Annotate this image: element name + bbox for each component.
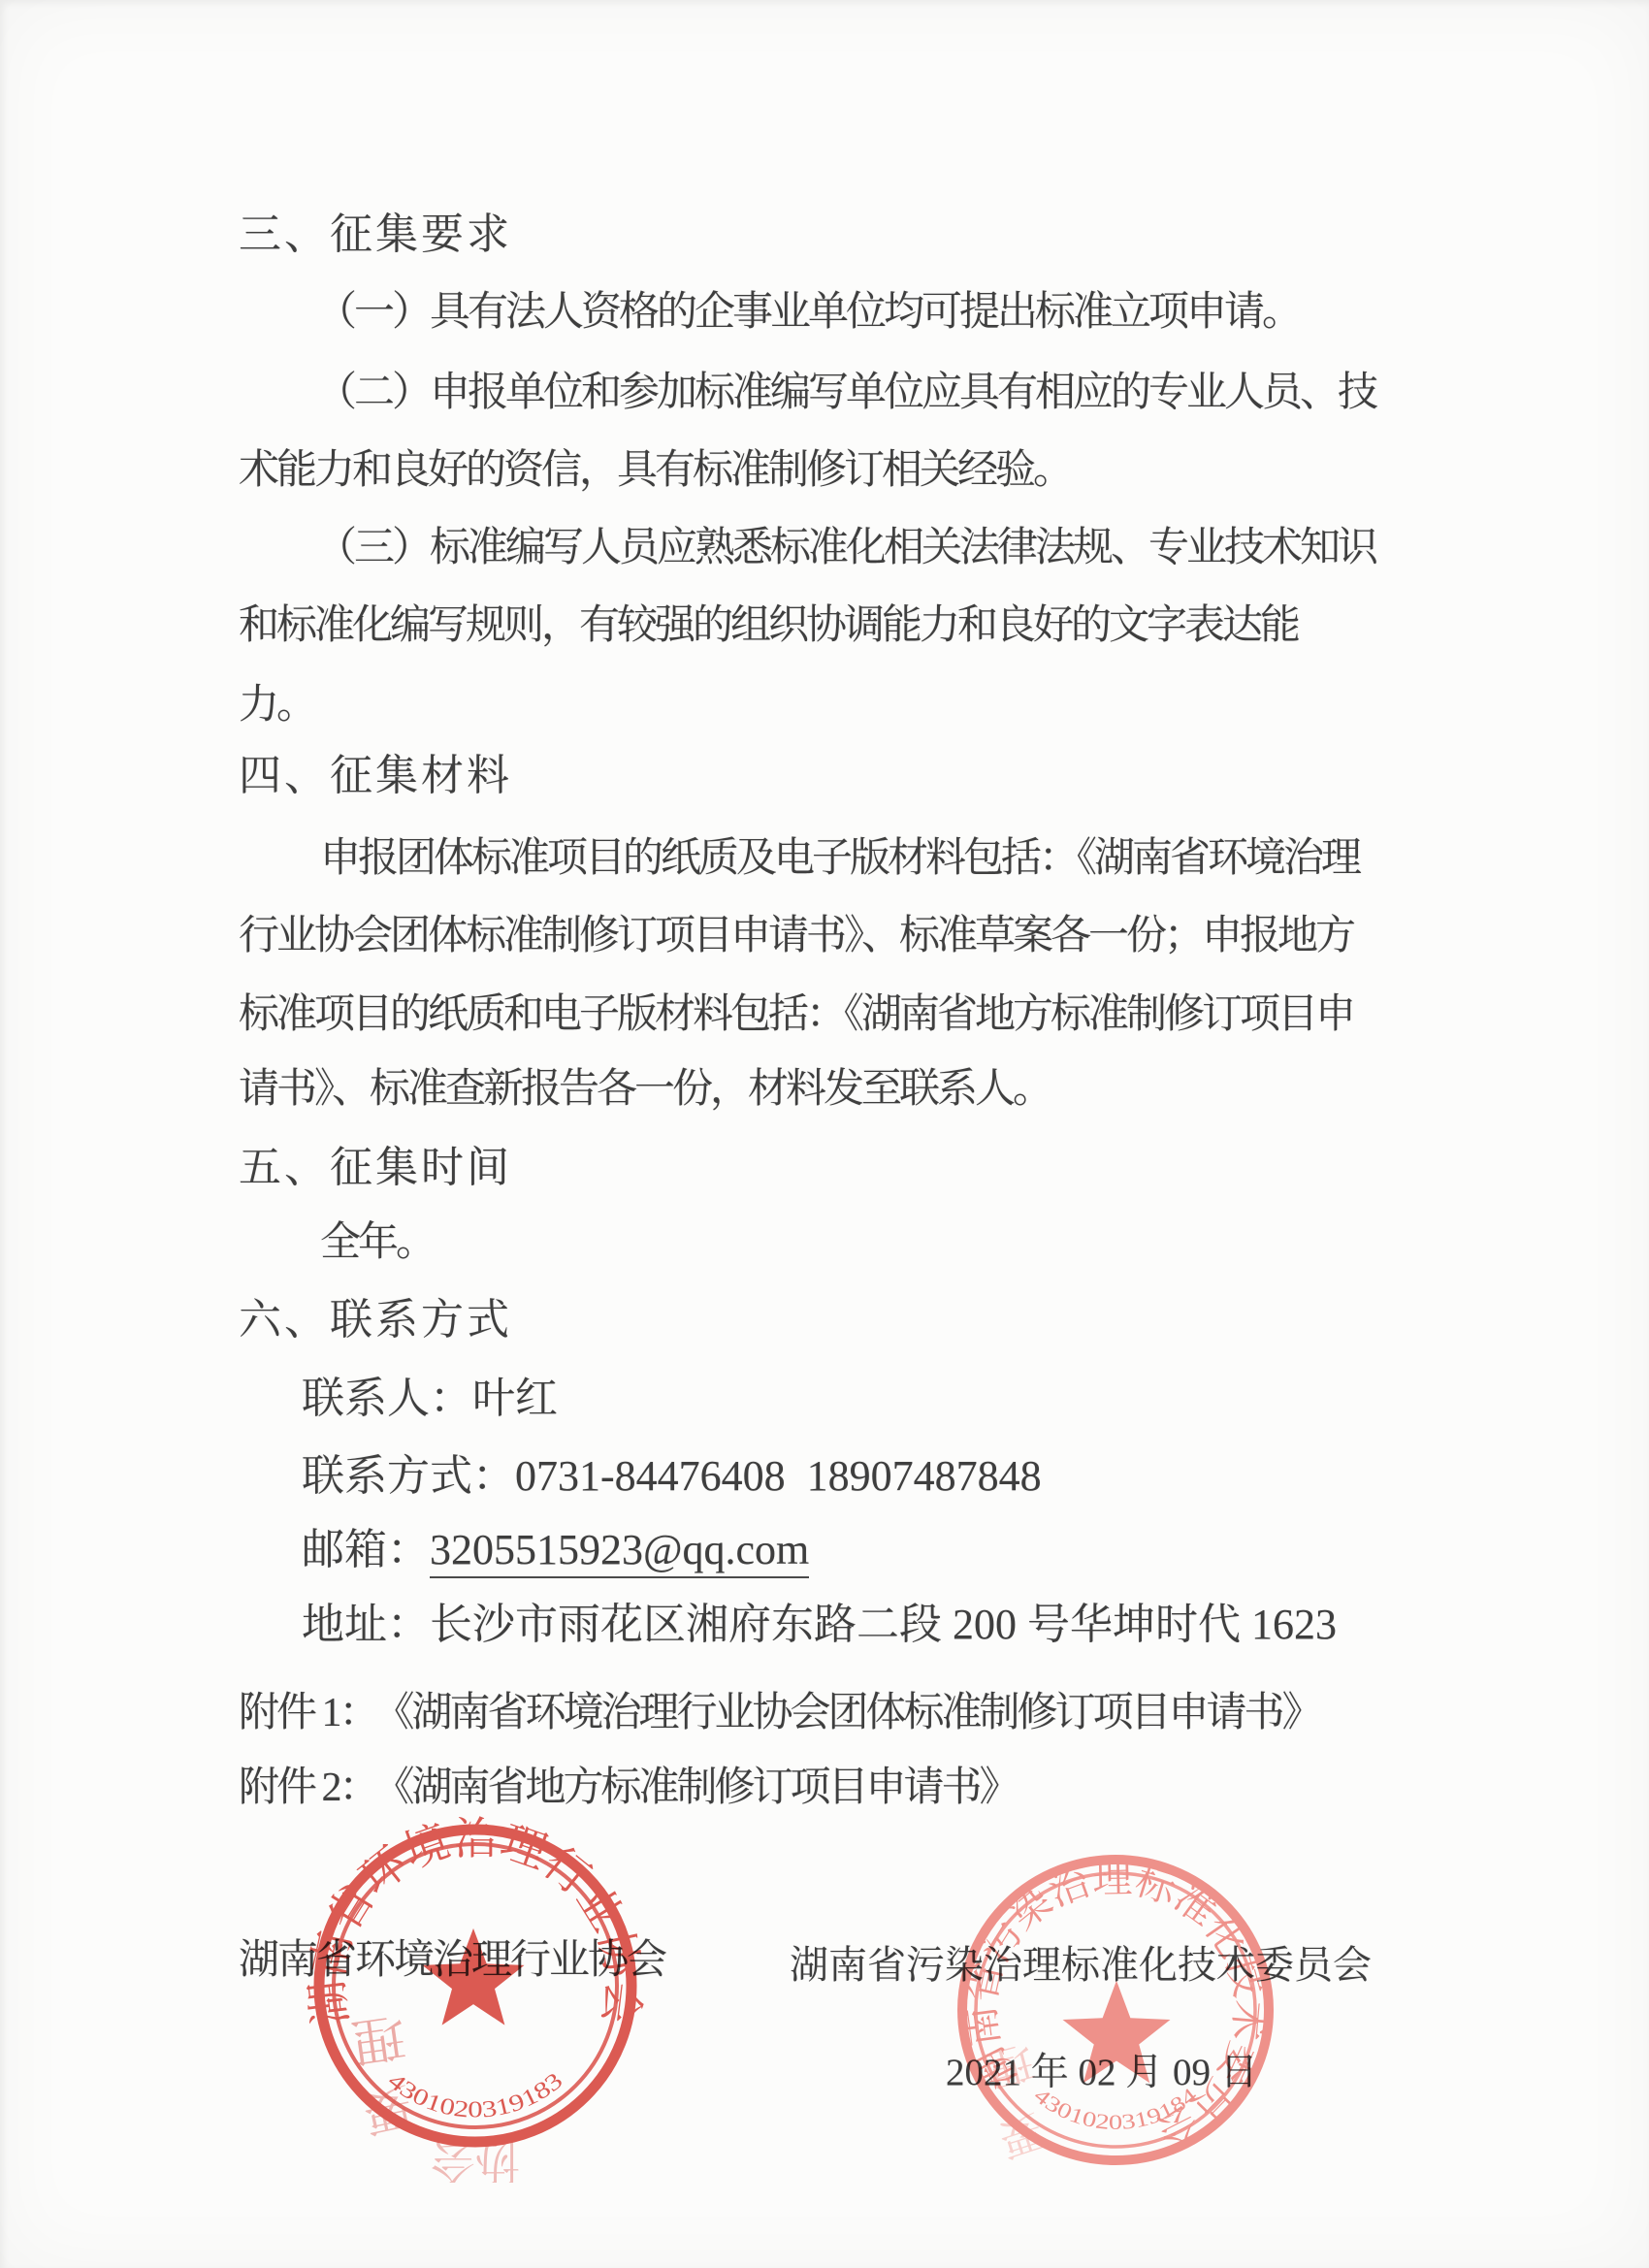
email-label: 邮箱：: [302, 1526, 430, 1573]
seal-ghost-text: 协会: [431, 2136, 520, 2183]
section-heading-6: 六、联系方式: [239, 1281, 512, 1359]
section-heading-4: 四、征集材料: [239, 737, 512, 815]
doc-line: （二）申报单位和参加标准编写单位应具有相应的专业人员、技: [316, 354, 1375, 432]
seal-ghost-text: 理: [349, 2006, 409, 2071]
contact-phone-line: 联系方式：0731-84476408 18907487848: [302, 1438, 1042, 1515]
doc-line: 申报团体标准项目的纸质及电子版材料包括：《湖南省环境治理: [320, 820, 1359, 897]
contact-address-line: 地址：长沙市雨花区湘府东路二段 200 号华坤时代 1623: [302, 1586, 1337, 1664]
doc-line: 术能力和良好的资信，具有标准制修订相关经验。: [239, 432, 1071, 509]
star-icon: [1063, 1981, 1171, 2083]
doc-line: 和标准化编写规则，有较强的组织协调能力和良好的文字表达能: [239, 587, 1298, 664]
official-seal-left: 湖南省环境治理行业协会 4301020319183 理 要 协会: [291, 1795, 660, 2183]
star-icon: [422, 1928, 524, 2025]
doc-line: 标准项目的纸质和电子版材料包括：《湖南省地方标准制修订项目申: [239, 976, 1353, 1053]
contact-person-line: 联系人：叶红: [302, 1360, 558, 1438]
contact-email-line: 邮箱：3205515923@qq.com: [302, 1511, 809, 1589]
email-address: 3205515923@qq.com: [430, 1526, 809, 1578]
seal-ghost-text: 要: [358, 2078, 417, 2141]
official-seal-right: 湖南省污染治理标准化技术委员会 4301020319184 理 要: [933, 1852, 1298, 2178]
doc-line: （三）标准编写人员应熟悉标准化相关法律法规、专业技术知识: [316, 509, 1375, 587]
doc-line: 全年。: [320, 1204, 434, 1281]
attachment-1-line: 附件 1： 《湖南省环境治理行业协会团体标准制修订项目申请书》: [239, 1674, 1320, 1752]
doc-line: 行业协会团体标准制修订项目申请书》、标准草案各一份；申报地方: [239, 897, 1353, 975]
section-heading-5: 五、征集时间: [239, 1129, 512, 1207]
doc-line: （一）具有法人资格的企事业单位均可提出标准立项申请。: [316, 274, 1300, 351]
section-heading-3: 三、征集要求: [239, 196, 512, 274]
doc-line: 请书》、标准查新报告各一份，材料发至联系人。: [239, 1051, 1051, 1128]
document-page: 三、征集要求 （一）具有法人资格的企事业单位均可提出标准立项申请。 （二）申报单…: [0, 0, 1649, 2268]
doc-line: 力。: [239, 666, 314, 744]
